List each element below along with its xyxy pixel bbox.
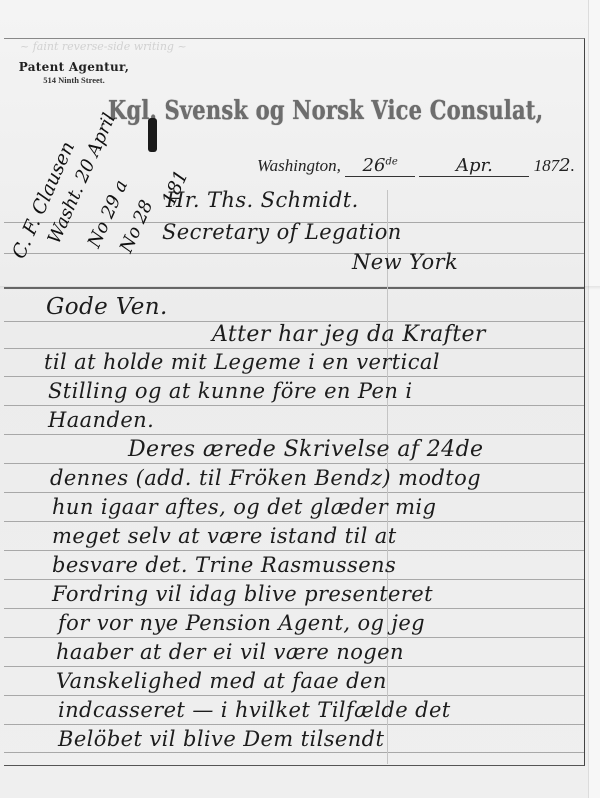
ruled-line: [4, 695, 584, 696]
body-line: Atter har jeg da Krafter: [212, 322, 486, 347]
body-line: Deres ærede Skrivelse af 24de: [128, 437, 483, 462]
body-line: Belöbet vil blive Dem tilsendt: [58, 727, 384, 751]
body-line: indcasseret — i hvilket Tilfælde det: [58, 698, 451, 722]
ink-blot: [148, 118, 157, 152]
ruled-line: [4, 463, 584, 464]
body-line: dennes (add. til Fröken Bendz) modtog: [50, 466, 481, 490]
body-line: Vanskelighed med at faae den: [56, 669, 387, 693]
addressee-title: Secretary of Legation: [162, 220, 402, 244]
ruled-line: [4, 608, 584, 609]
date-year-written: 2: [559, 155, 570, 176]
body-line: til at holde mit Legeme i en vertical: [44, 350, 440, 374]
ruled-line: [4, 521, 584, 522]
body-line: for vor nye Pension Agent, og jeg: [58, 611, 425, 635]
date-day: 26: [363, 155, 386, 176]
ruled-line: [4, 405, 584, 406]
agency-name: Patent Agentur,: [14, 60, 134, 74]
agency-address: 514 Ninth Street.: [14, 75, 134, 85]
body-line: haaber at der ei vil være nogen: [56, 640, 404, 664]
ruled-line: [4, 579, 584, 580]
date-place: Washington,: [257, 156, 341, 175]
ruled-line: [4, 724, 584, 725]
fold-shadow: [0, 286, 600, 290]
letter-page: ~ faint reverse-side writing ~ Patent Ag…: [0, 0, 600, 798]
body-line: Fordring vil idag blive presenteret: [52, 582, 433, 606]
body-line: meget selv at være istand til at: [52, 524, 397, 548]
dateline: Washington, 26de Apr. 1872.: [257, 155, 575, 177]
ruled-line: [4, 752, 584, 753]
ruled-line: [4, 348, 584, 349]
body-line: besvare det. Trine Rasmussens: [52, 553, 396, 577]
ruled-line: [4, 550, 584, 551]
addressee-name: Hr. Ths. Schmidt.: [166, 188, 359, 212]
body-line: Stilling og at kunne före en Pen i: [48, 379, 412, 403]
salutation: Gode Ven.: [46, 294, 168, 320]
ruled-line: [4, 637, 584, 638]
ruled-line: [4, 434, 584, 435]
body-line: Haanden.: [48, 408, 154, 432]
addressee-city: New York: [352, 250, 458, 274]
date-period: .: [571, 156, 575, 175]
ruled-line: [4, 376, 584, 377]
ruled-line: [4, 666, 584, 667]
ruled-line: [4, 492, 584, 493]
date-day-suffix: de: [385, 156, 397, 167]
ruled-line: [4, 253, 584, 254]
date-month: Apr.: [456, 155, 493, 176]
page-edge: [588, 0, 600, 798]
agency-stamp: Patent Agentur, 514 Ninth Street.: [14, 60, 134, 85]
body-line: hun igaar aftes, og det glæder mig: [52, 495, 436, 519]
date-year-printed: 187: [534, 156, 560, 175]
